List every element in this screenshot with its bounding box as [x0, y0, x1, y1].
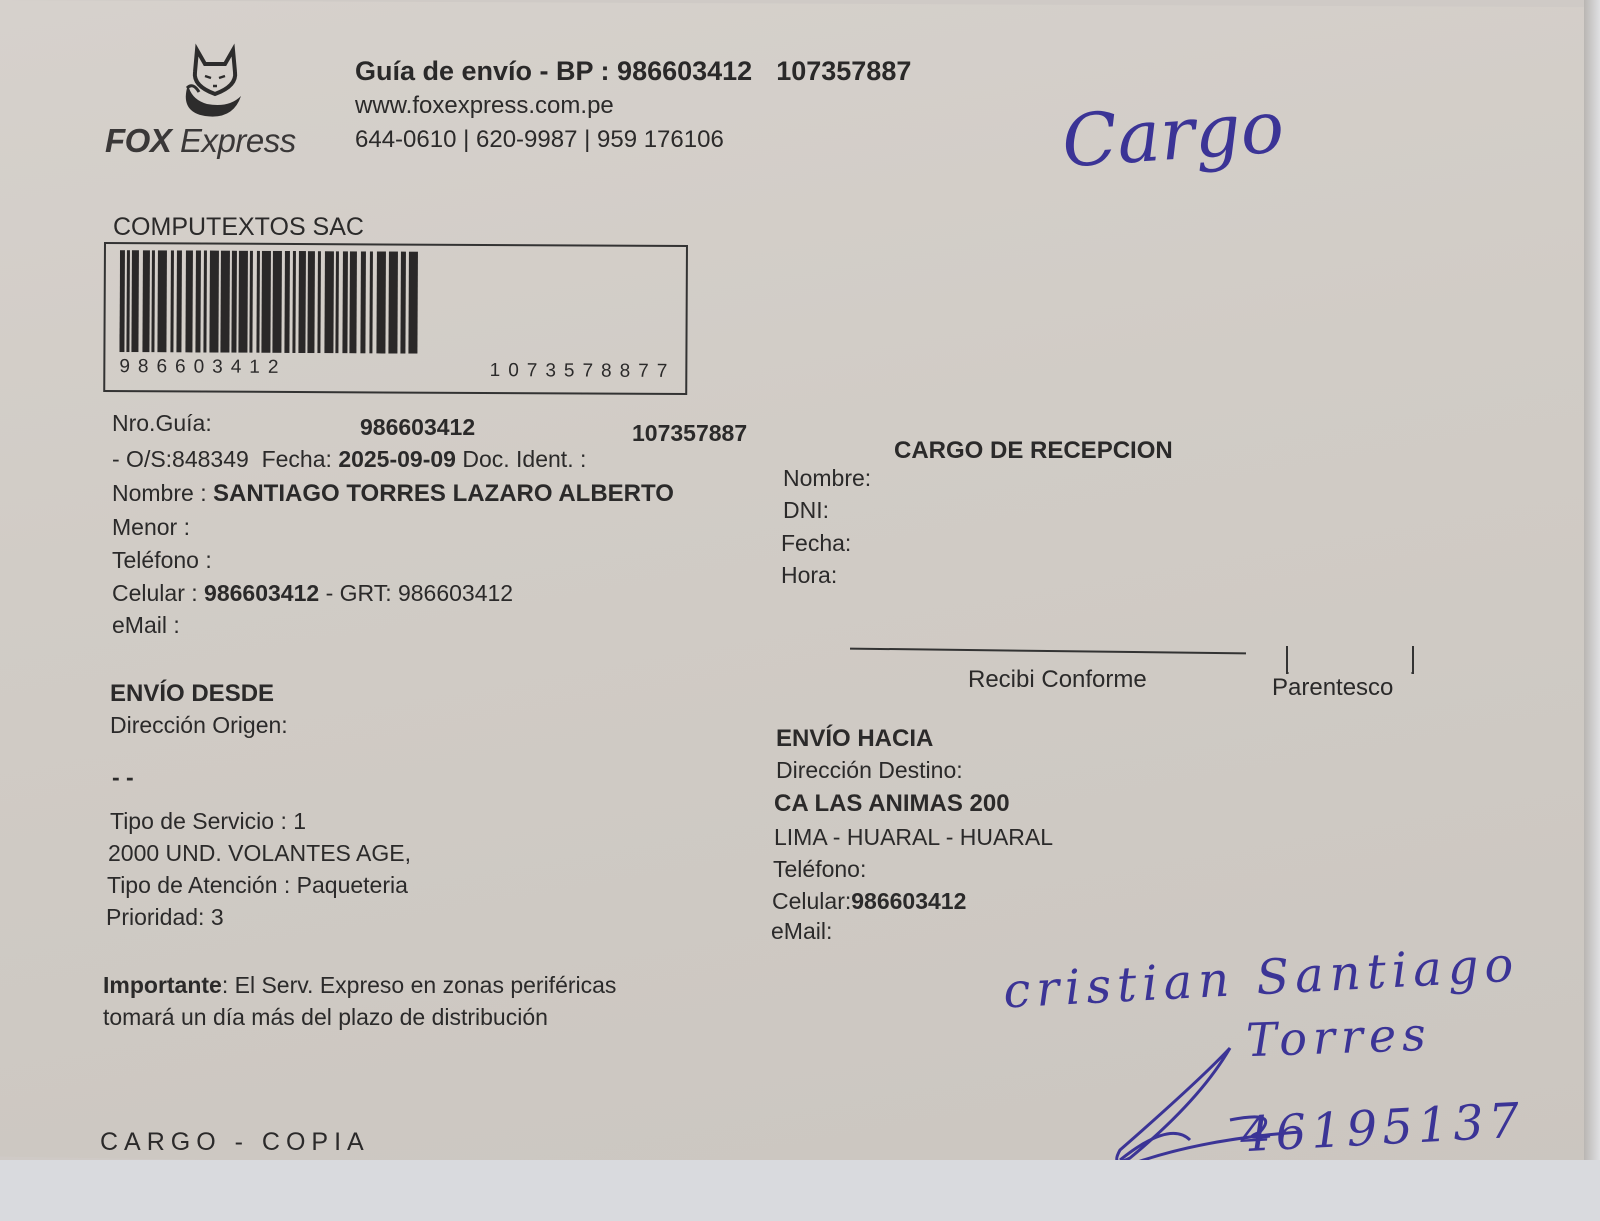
- guide-title-prefix: Guía de envío - BP : 986603412: [355, 56, 752, 86]
- destination-location: LIMA - HUARAL - HUARAL: [774, 824, 1053, 851]
- brand-name-rest: Express: [180, 122, 296, 159]
- copy-label: CARGO - COPIA: [100, 1128, 370, 1157]
- brand-name-bold: FOX: [105, 122, 171, 159]
- fox-icon: [175, 42, 255, 122]
- order-service-number: - O/S:848349: [112, 446, 249, 472]
- recipient-name-value: SANTIAGO TORRES LAZARO ALBERTO: [213, 480, 674, 507]
- destination-mobile-label: Celular:: [772, 888, 851, 914]
- service-type: Tipo de Servicio : 1: [110, 808, 306, 835]
- signature-label: Recibi Conforme: [968, 666, 1147, 694]
- grt-value: - GRT: 986603412: [326, 580, 514, 606]
- reception-date-label: Fecha:: [781, 530, 851, 557]
- barcode-digits-left: 986603412: [119, 356, 286, 379]
- guide-title: Guía de envío - BP : 986603412107357887: [355, 56, 911, 87]
- mobile-label: Celular :: [112, 580, 198, 606]
- attention-type: Tipo de Atención : Paqueteria: [107, 872, 408, 899]
- brand-name: FOX Express: [105, 122, 296, 160]
- barcode-digits-right: 1073578877: [490, 360, 676, 383]
- priority: Prioridad: 3: [106, 904, 224, 931]
- barcode: 986603412 1073578877: [103, 242, 688, 395]
- guide-number-label: Nro.Guía:: [112, 410, 212, 437]
- website-link[interactable]: www.foxexpress.com.pe: [355, 92, 614, 120]
- mobile-value: 986603412: [204, 580, 319, 606]
- handwritten-cargo-note: Cargo: [1059, 84, 1286, 183]
- background-surface: [0, 1160, 1600, 1221]
- mobile-line: Celular : 986603412 - GRT: 986603412: [112, 580, 513, 607]
- destination-mobile-line: Celular:986603412: [772, 888, 966, 915]
- reception-name-label: Nombre:: [783, 465, 871, 492]
- destination-email-label: eMail:: [771, 918, 832, 945]
- date-value: 2025-09-09: [338, 446, 456, 472]
- email-label: eMail :: [112, 612, 180, 639]
- notice-label: Importante: [103, 972, 222, 998]
- phone-numbers: 644-0610 | 620-9987 | 959 176106: [355, 126, 724, 154]
- reception-dni-label: DNI:: [783, 497, 829, 524]
- recipient-name-line: Nombre : SANTIAGO TORRES LAZARO ALBERTO: [112, 480, 674, 508]
- notice-text-line1: : El Serv. Expreso en zonas periféricas: [222, 972, 617, 998]
- origin-address-label: Dirección Origen:: [110, 712, 288, 739]
- shipment-description: 2000 UND. VOLANTES AGE,: [108, 840, 411, 867]
- telephone-label: Teléfono :: [112, 547, 212, 574]
- reception-time-label: Hora:: [781, 562, 837, 589]
- notice-text-line2: tomará un día más del plazo de distribuc…: [103, 1004, 548, 1031]
- minor-label: Menor :: [112, 514, 190, 541]
- important-notice: Importante: El Serv. Expreso en zonas pe…: [103, 972, 616, 999]
- destination-address-label: Dirección Destino:: [776, 757, 963, 784]
- destination-telephone-label: Teléfono:: [773, 856, 866, 883]
- origin-title: ENVÍO DESDE: [110, 680, 274, 708]
- guide-number-value: 986603412: [360, 414, 475, 441]
- destination-address-value: CA LAS ANIMAS 200: [774, 790, 1010, 818]
- destination-mobile-value: 986603412: [851, 888, 966, 914]
- origin-address-value: - -: [112, 764, 134, 791]
- sender-company: COMPUTEXTOS SAC: [113, 213, 364, 242]
- guide-title-code: 107357887: [776, 56, 911, 86]
- guide-number-code: 107357887: [632, 420, 747, 447]
- background-edge: [1584, 0, 1600, 1221]
- destination-title: ENVÍO HACIA: [776, 725, 933, 753]
- doc-ident-label: Doc. Ident. :: [462, 446, 586, 472]
- fox-express-logo: FOX Express: [105, 42, 325, 162]
- reception-title: CARGO DE RECEPCION: [894, 437, 1173, 465]
- recipient-name-label: Nombre :: [112, 480, 207, 506]
- relationship-label: Parentesco: [1272, 674, 1393, 702]
- barcode-bars: [119, 250, 420, 354]
- order-date-line: - O/S:848349 Fecha: 2025-09-09 Doc. Iden…: [112, 446, 586, 473]
- date-label: Fecha:: [262, 446, 332, 472]
